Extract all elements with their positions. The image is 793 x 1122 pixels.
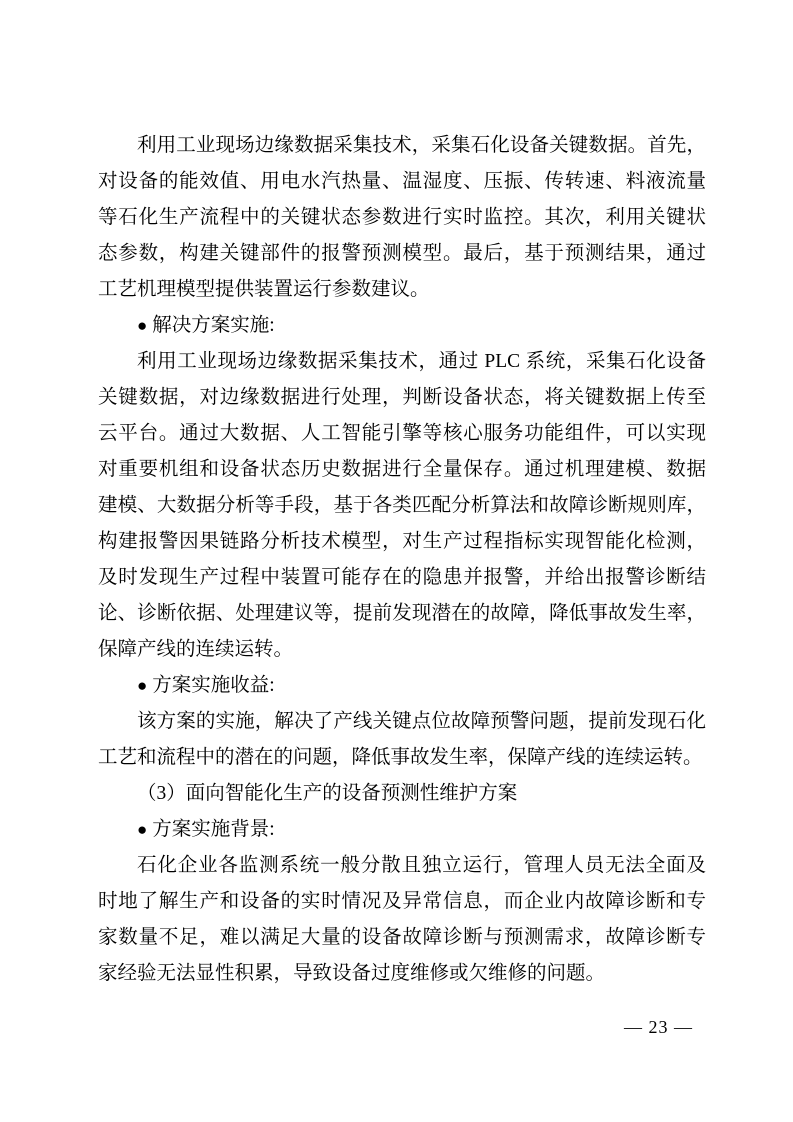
bullet-label: 方案实施背景: (152, 819, 274, 840)
bullet-item: ●方案实施收益: (98, 668, 706, 704)
text-line: 构建报警因果链路分析技术模型，对生产过程指标实现智能化检测， (98, 524, 706, 560)
text-line: 对重要机组和设备状态历史数据进行全量保存。通过机理建模、数据 (98, 452, 706, 488)
text-line: 对设备的能效值、用电水汽热量、温湿度、压振、传转速、料液流量 (98, 164, 706, 200)
bullet-item: ●方案实施背景: (98, 812, 706, 848)
text-line: 石化企业各监测系统一般分散且独立运行，管理人员无法全面及 (98, 848, 706, 884)
text-line: 利用工业现场边缘数据采集技术，采集石化设备关键数据。首先， (98, 128, 706, 164)
text-line: 家经验无法显性积累，导致设备过度维修或欠维修的问题。 (98, 956, 706, 992)
text-line: 工艺机理模型提供装置运行参数建议。 (98, 272, 706, 308)
bullet-dot-icon: ● (137, 820, 147, 839)
bullet-label: 解决方案实施: (152, 315, 274, 336)
bullet-dot-icon: ● (137, 676, 147, 695)
bullet-label: 方案实施收益: (152, 675, 274, 696)
text-line: 工艺和流程中的潜在的问题，降低事故发生率，保障产线的连续运转。 (98, 740, 706, 776)
text-line: 态参数，构建关键部件的报警预测模型。最后，基于预测结果，通过 (98, 236, 706, 272)
text-line: 利用工业现场边缘数据采集技术，通过 PLC 系统，采集石化设备 (98, 344, 706, 380)
bullet-item: ●解决方案实施: (98, 308, 706, 344)
text-line: 家数量不足，难以满足大量的设备故障诊断与预测需求，故障诊断专 (98, 920, 706, 956)
text-line: 时地了解生产和设备的实时情况及异常信息，而企业内故障诊断和专 (98, 884, 706, 920)
text-line: 保障产线的连续运转。 (98, 632, 706, 668)
page-number: — 23 — (624, 1014, 693, 1040)
text-line: 云平台。通过大数据、人工智能引擎等核心服务功能组件，可以实现 (98, 416, 706, 452)
text-block: 利用工业现场边缘数据采集技术，采集石化设备关键数据。首先，对设备的能效值、用电水… (98, 128, 706, 992)
section-heading: （3）面向智能化生产的设备预测性维护方案 (98, 776, 706, 812)
bullet-dot-icon: ● (137, 316, 147, 335)
text-line: 等石化生产流程中的关键状态参数进行实时监控。其次，利用关键状 (98, 200, 706, 236)
text-line: 关键数据，对边缘数据进行处理，判断设备状态，将关键数据上传至 (98, 380, 706, 416)
text-line: 及时发现生产过程中装置可能存在的隐患并报警，并给出报警诊断结 (98, 560, 706, 596)
text-line: 该方案的实施，解决了产线关键点位故障预警问题，提前发现石化 (98, 704, 706, 740)
text-line: 建模、大数据分析等手段，基于各类匹配分析算法和故障诊断规则库， (98, 488, 706, 524)
text-line: 论、诊断依据、处理建议等，提前发现潜在的故障，降低事故发生率， (98, 596, 706, 632)
document-page: 利用工业现场边缘数据采集技术，采集石化设备关键数据。首先，对设备的能效值、用电水… (0, 0, 793, 1122)
